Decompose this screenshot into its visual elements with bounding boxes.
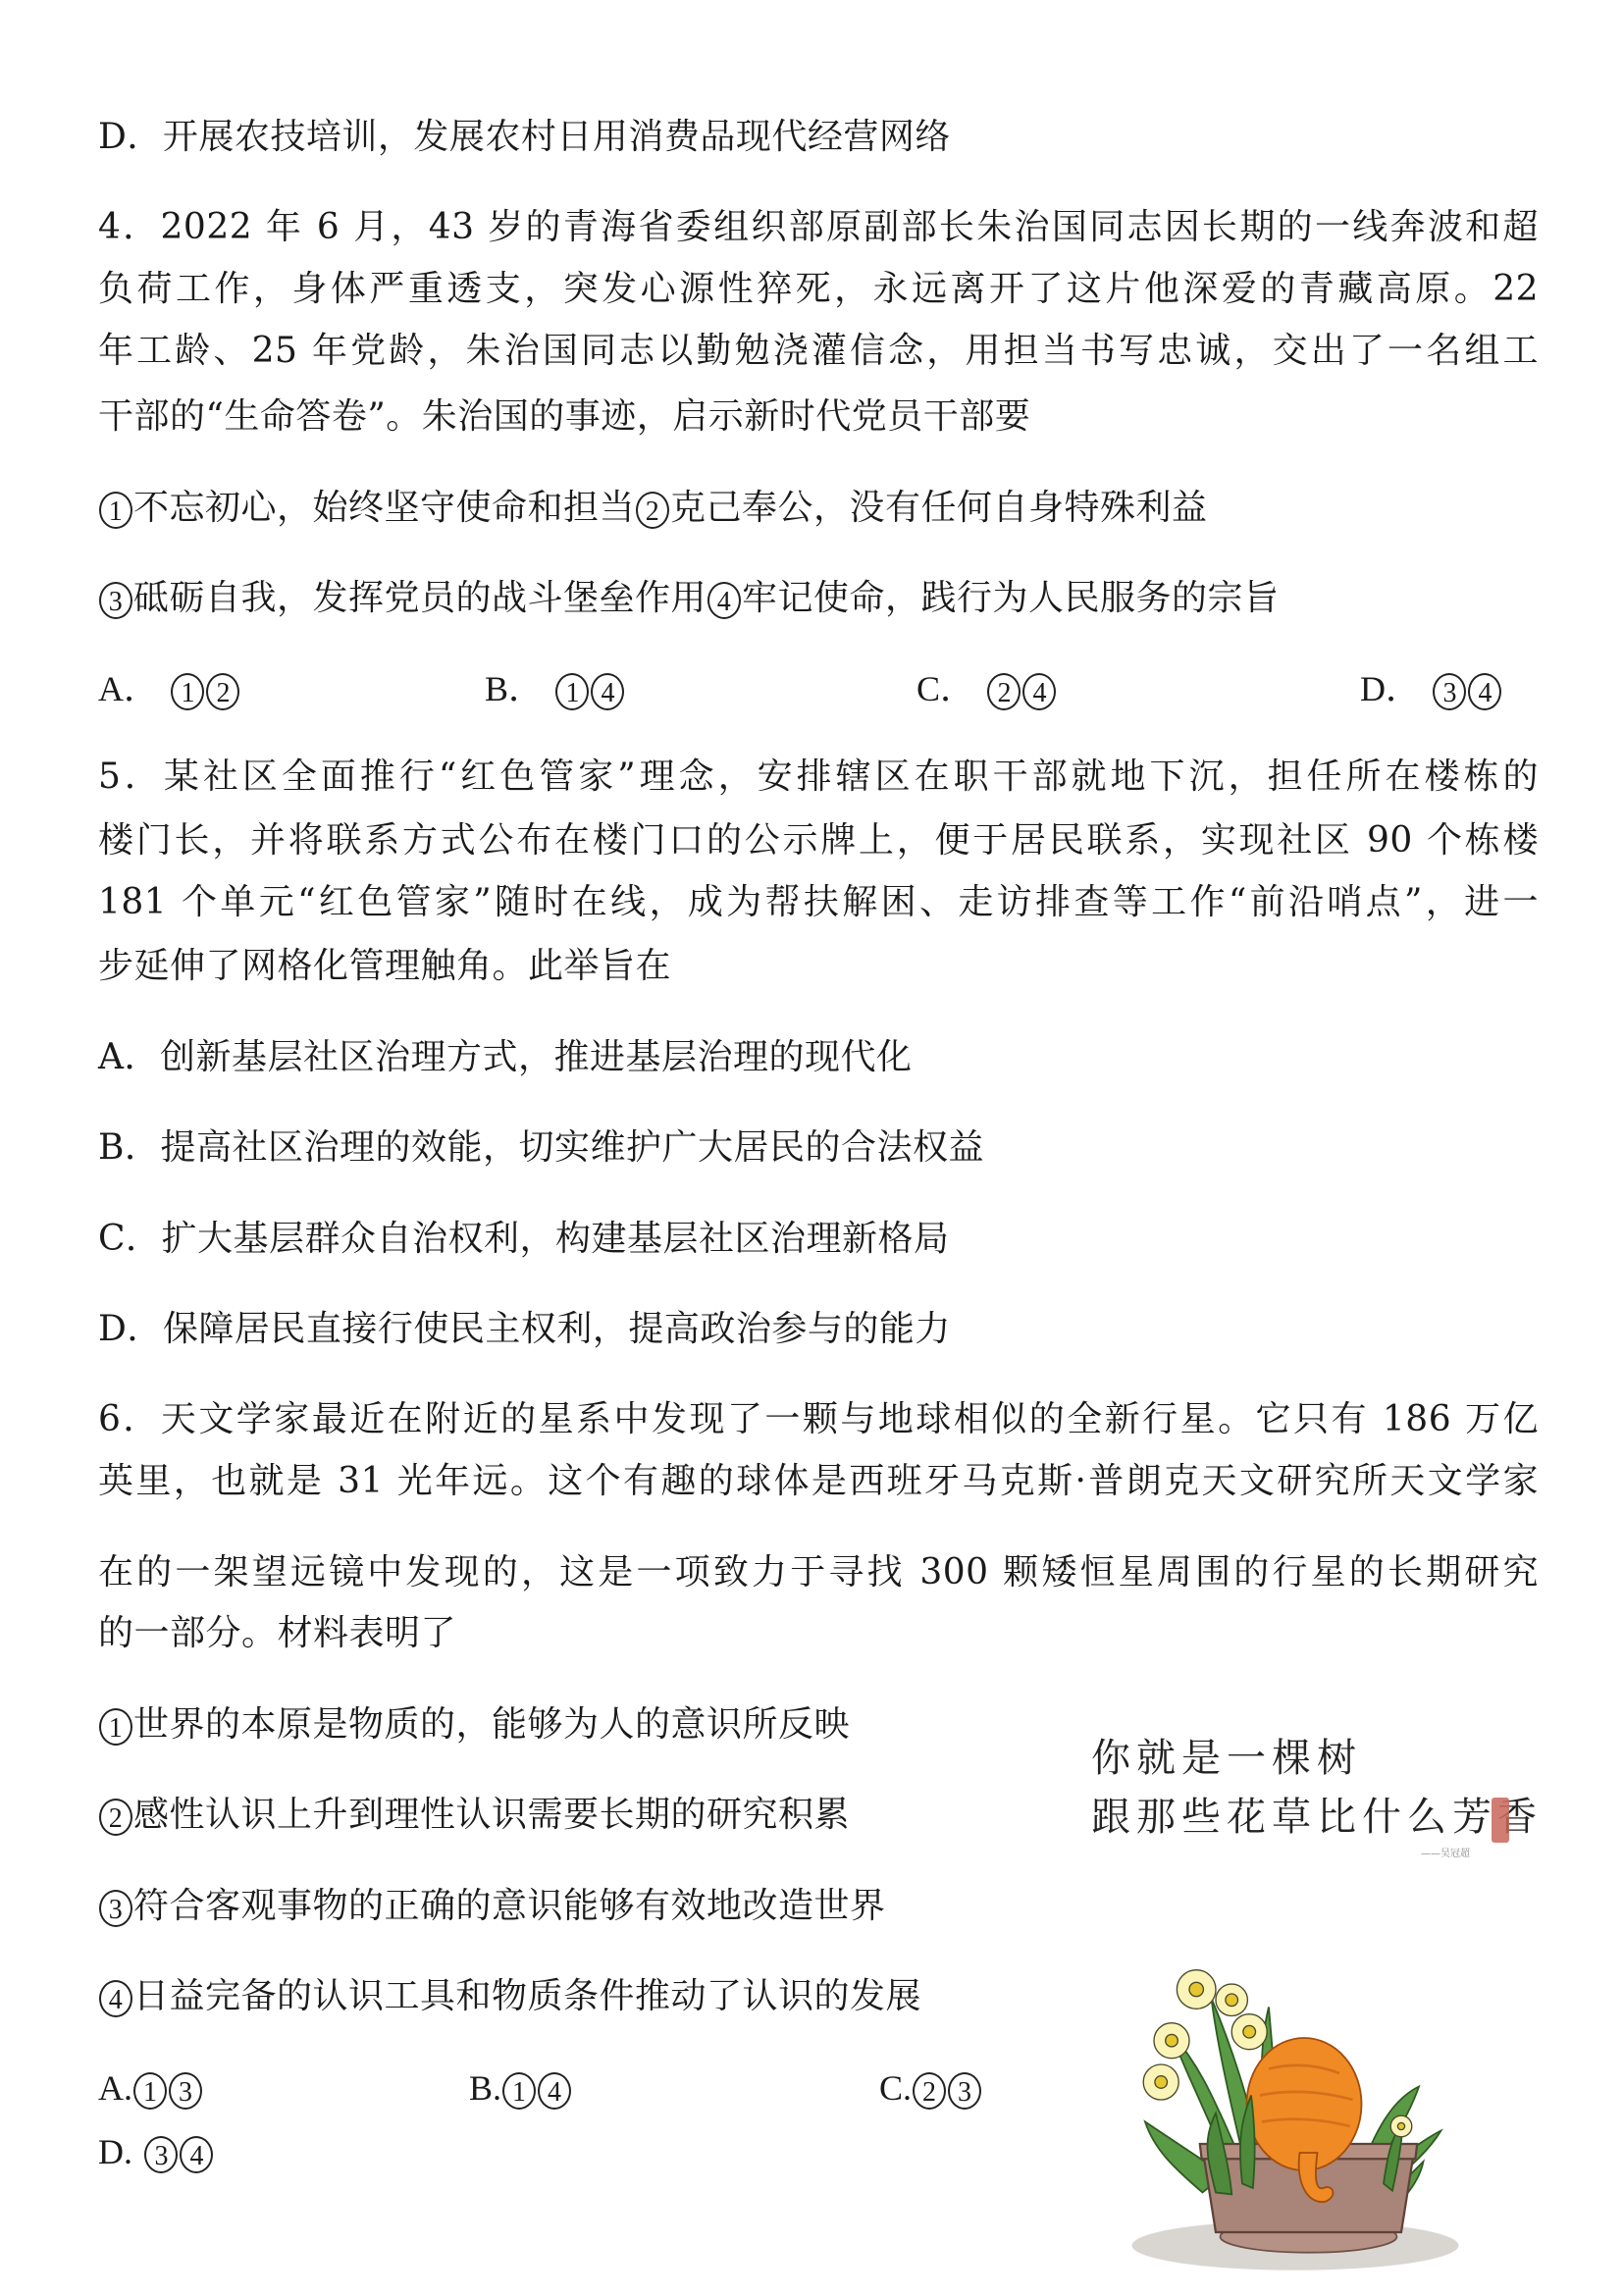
q5-stem-line: 步延伸了网格化管理触角。此举旨在 (98, 945, 671, 988)
option-label: C． (916, 669, 975, 708)
q5-option-d[interactable]: D．保障居民直接行使民主权利，提高政治参与的能力 (98, 1308, 951, 1351)
q6-option-a[interactable]: A.13 (98, 2066, 203, 2111)
q5-option-c[interactable]: C．扩大基层群众自治权利，构建基层社区治理新格局 (98, 1218, 950, 1261)
q4-option-b[interactable]: B． 14 (485, 667, 625, 711)
q6-stem-line: 的一部分。材料表明了 (98, 1612, 456, 1655)
circled-number: 1 (133, 2072, 167, 2110)
circled-number: 4 (99, 1980, 132, 2017)
q6-statement-1: 1世界的本原是物质的，能够为人的意识所反映 (98, 1703, 850, 1747)
q6-statement-4: 4日益完备的认识工具和物质条件推动了认识的发展 (98, 1975, 921, 2018)
option-label: A. (98, 2068, 132, 2108)
statement-text: 不忘初心，始终坚守使命和担当 (133, 488, 635, 528)
signature: ——吴冠超 (1421, 1845, 1470, 1859)
circled-number: 1 (171, 673, 204, 710)
q6-option-b[interactable]: B.14 (469, 2066, 572, 2111)
q5-option-a[interactable]: A．创新基层社区治理方式，推进基层治理的现代化 (98, 1036, 913, 1079)
circled-number: 4 (180, 2136, 213, 2173)
circled-number: 3 (99, 1890, 132, 1927)
q4-option-a[interactable]: A． 12 (98, 667, 240, 711)
q5-option-b[interactable]: B．提高社区治理的效能，切实维护广大居民的合法权益 (98, 1126, 984, 1170)
circled-number: 1 (99, 1708, 132, 1746)
q4-stem-line: 干部的“生命答卷”。朱治国的事迹，启示新时代党员干部要 (98, 395, 1030, 439)
q4-option-d[interactable]: D． 34 (1360, 667, 1502, 711)
option-label: A． (98, 669, 159, 708)
statement-text: 日益完备的认识工具和物质条件推动了认识的发展 (133, 1976, 921, 2016)
circled-number: 3 (1433, 673, 1466, 710)
q5-stem-line: 楼门长，并将联系方式公布在楼门口的公示牌上，便于居民联系，实现社区 90 个栋楼 (98, 819, 1539, 862)
q5-stem-line: 181 个单元“红色管家”随时在线，成为帮扶解困、走访排查等工作“前沿哨点”，进… (98, 881, 1539, 924)
option-label: B. (469, 2068, 501, 2108)
option-label: D. (98, 2132, 132, 2171)
prev-option-d: D．开展农技培训，发展农村日用消费品现代经营网络 (98, 116, 951, 159)
q6-statement-3: 3符合客观事物的正确的意识能够有效地改造世界 (98, 1885, 886, 1928)
circled-number: 4 (538, 2072, 571, 2110)
q6-stem-line: 在的一架望远镜中发现的，这是一项致力于寻找 300 颗矮恒星周围的行星的长期研究 (98, 1551, 1539, 1594)
circled-number: 1 (502, 2072, 536, 2110)
circled-number: 2 (987, 673, 1021, 710)
option-label: B． (485, 669, 544, 708)
q6-option-c[interactable]: C.23 (879, 2066, 982, 2111)
circled-number: 3 (948, 2072, 981, 2110)
statement-text: 克己奉公，没有任何自身特殊利益 (670, 488, 1208, 528)
q4-statements-row-1: 1不忘初心，始终坚守使命和担当2克己奉公，没有任何自身特殊利益 (98, 487, 1208, 530)
statement-text: 感性认识上升到理性认识需要长期的研究积累 (133, 1795, 850, 1835)
circled-number: 4 (1468, 673, 1501, 710)
circled-number: 3 (144, 2136, 178, 2173)
circled-number: 2 (99, 1799, 132, 1836)
calligraphy-line-1: 你就是一棵树 (1091, 1735, 1362, 1782)
circled-number: 1 (99, 492, 132, 529)
q6-stem-line: 6．天文学家最近在附近的星系中发现了一颗与地球相似的全新行星。它只有 186 万… (98, 1398, 1539, 1441)
q4-stem-line: 负荷工作，身体严重透支，突发心源性猝死，永远离开了这片他深爱的青藏高原。22 (98, 268, 1539, 311)
circled-number: 3 (169, 2072, 202, 2110)
q6-statement-2: 2感性认识上升到理性认识需要长期的研究积累 (98, 1794, 850, 1837)
circled-number: 4 (707, 582, 741, 619)
statement-text: 符合客观事物的正确的意识能够有效地改造世界 (133, 1886, 886, 1926)
circled-number: 4 (591, 673, 624, 710)
circled-number: 2 (206, 673, 239, 710)
q4-statements-row-2: 3砥砺自我，发挥党员的战斗堡垒作用4牢记使命，践行为人民服务的宗旨 (98, 577, 1280, 620)
q6-stem-line: 英里，也就是 31 光年远。这个有趣的球体是西班牙马克斯·普朗克天文研究所天文学… (98, 1460, 1539, 1503)
circled-number: 4 (1022, 673, 1056, 710)
red-seal-stamp (1492, 1798, 1509, 1843)
circled-number: 3 (99, 582, 132, 619)
option-label: D． (1360, 669, 1421, 708)
circled-number: 2 (913, 2072, 946, 2110)
option-label: C. (879, 2068, 912, 2108)
circled-number: 1 (555, 673, 589, 710)
cat-in-flowerpot-illustration (1119, 1948, 1472, 2296)
statement-text: 世界的本原是物质的，能够为人的意识所反映 (133, 1704, 850, 1745)
q4-stem-line: 4．2022 年 6 月，43 岁的青海省委组织部原副部长朱治国同志因长期的一线… (98, 206, 1539, 249)
statement-text: 牢记使命，践行为人民服务的宗旨 (742, 578, 1280, 618)
q6-option-d[interactable]: D. 34 (98, 2130, 214, 2174)
statement-text: 砥砺自我，发挥党员的战斗堡垒作用 (133, 578, 707, 618)
calligraphy-line-2: 跟那些花草比什么芳香 (1091, 1794, 1543, 1841)
q4-stem-line: 年工龄、25 年党龄，朱治国同志以勤勉浇灌信念，用担当书写忠诚，交出了一名组工 (98, 330, 1539, 373)
q5-stem-line: 5．某社区全面推行“红色管家”理念，安排辖区在职干部就地下沉，担任所在楼栋的 (98, 756, 1539, 799)
q4-option-c[interactable]: C． 24 (916, 667, 1057, 711)
circled-number: 2 (636, 492, 669, 529)
